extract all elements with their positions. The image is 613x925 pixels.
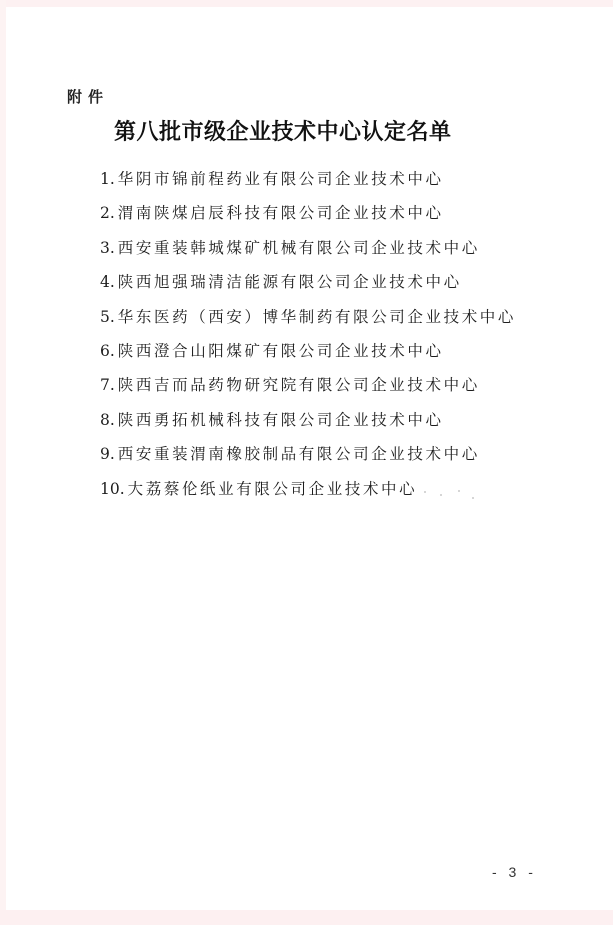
scan-edge-left [0,0,6,925]
list-item: 2.渭南陕煤启辰科技有限公司企业技术中心 [100,196,516,230]
list-item: 5.华东医药（西安）博华制药有限公司企业技术中心 [100,300,516,334]
item-number: 4. [100,273,115,291]
item-number: 7. [100,376,115,394]
document-title: 第八批市级企业技术中心认定名单 [114,115,452,146]
item-name: 华阴市锦前程药业有限公司企业技术中心 [118,170,444,188]
item-number: 1. [100,170,115,188]
item-name: 陕西吉而品药物研究院有限公司企业技术中心 [118,376,480,394]
list-item: 8.陕西勇拓机械科技有限公司企业技术中心 [100,403,516,437]
item-name: 西安重装韩城煤矿机械有限公司企业技术中心 [118,239,480,257]
item-number: 9. [100,445,115,463]
scan-edge-bottom [0,910,613,925]
item-name: 渭南陕煤启辰科技有限公司企业技术中心 [118,204,444,222]
item-number: 3. [100,239,115,257]
attachment-label: 附件 [67,86,109,107]
item-name: 华东医药（西安）博华制药有限公司企业技术中心 [118,308,516,326]
list-item: 9.西安重装渭南橡胶制品有限公司企业技术中心 [100,437,516,471]
list-item: 3.西安重装韩城煤矿机械有限公司企业技术中心 [100,231,516,265]
item-number: 5. [100,308,115,326]
item-number: 8. [100,411,115,429]
list-item: 6.陕西澄合山阳煤矿有限公司企业技术中心 [100,334,516,368]
item-name: 大荔蔡伦纸业有限公司企业技术中心 [128,480,418,498]
item-name: 陕西旭强瑞清洁能源有限公司企业技术中心 [118,273,462,291]
list-item: 4.陕西旭强瑞清洁能源有限公司企业技术中心 [100,265,516,299]
page-number: - 3 - [492,864,537,880]
item-name: 陕西澄合山阳煤矿有限公司企业技术中心 [118,342,444,360]
item-number: 10. [100,480,125,498]
scan-edge-top [0,0,613,7]
list-item: 7.陕西吉而品药物研究院有限公司企业技术中心 [100,368,516,402]
item-number: 6. [100,342,115,360]
item-number: 2. [100,204,115,222]
center-list: 1.华阴市锦前程药业有限公司企业技术中心 2.渭南陕煤启辰科技有限公司企业技术中… [100,162,516,506]
scan-specks [420,488,480,504]
item-name: 西安重装渭南橡胶制品有限公司企业技术中心 [118,445,480,463]
item-name: 陕西勇拓机械科技有限公司企业技术中心 [118,411,444,429]
list-item: 1.华阴市锦前程药业有限公司企业技术中心 [100,162,516,196]
